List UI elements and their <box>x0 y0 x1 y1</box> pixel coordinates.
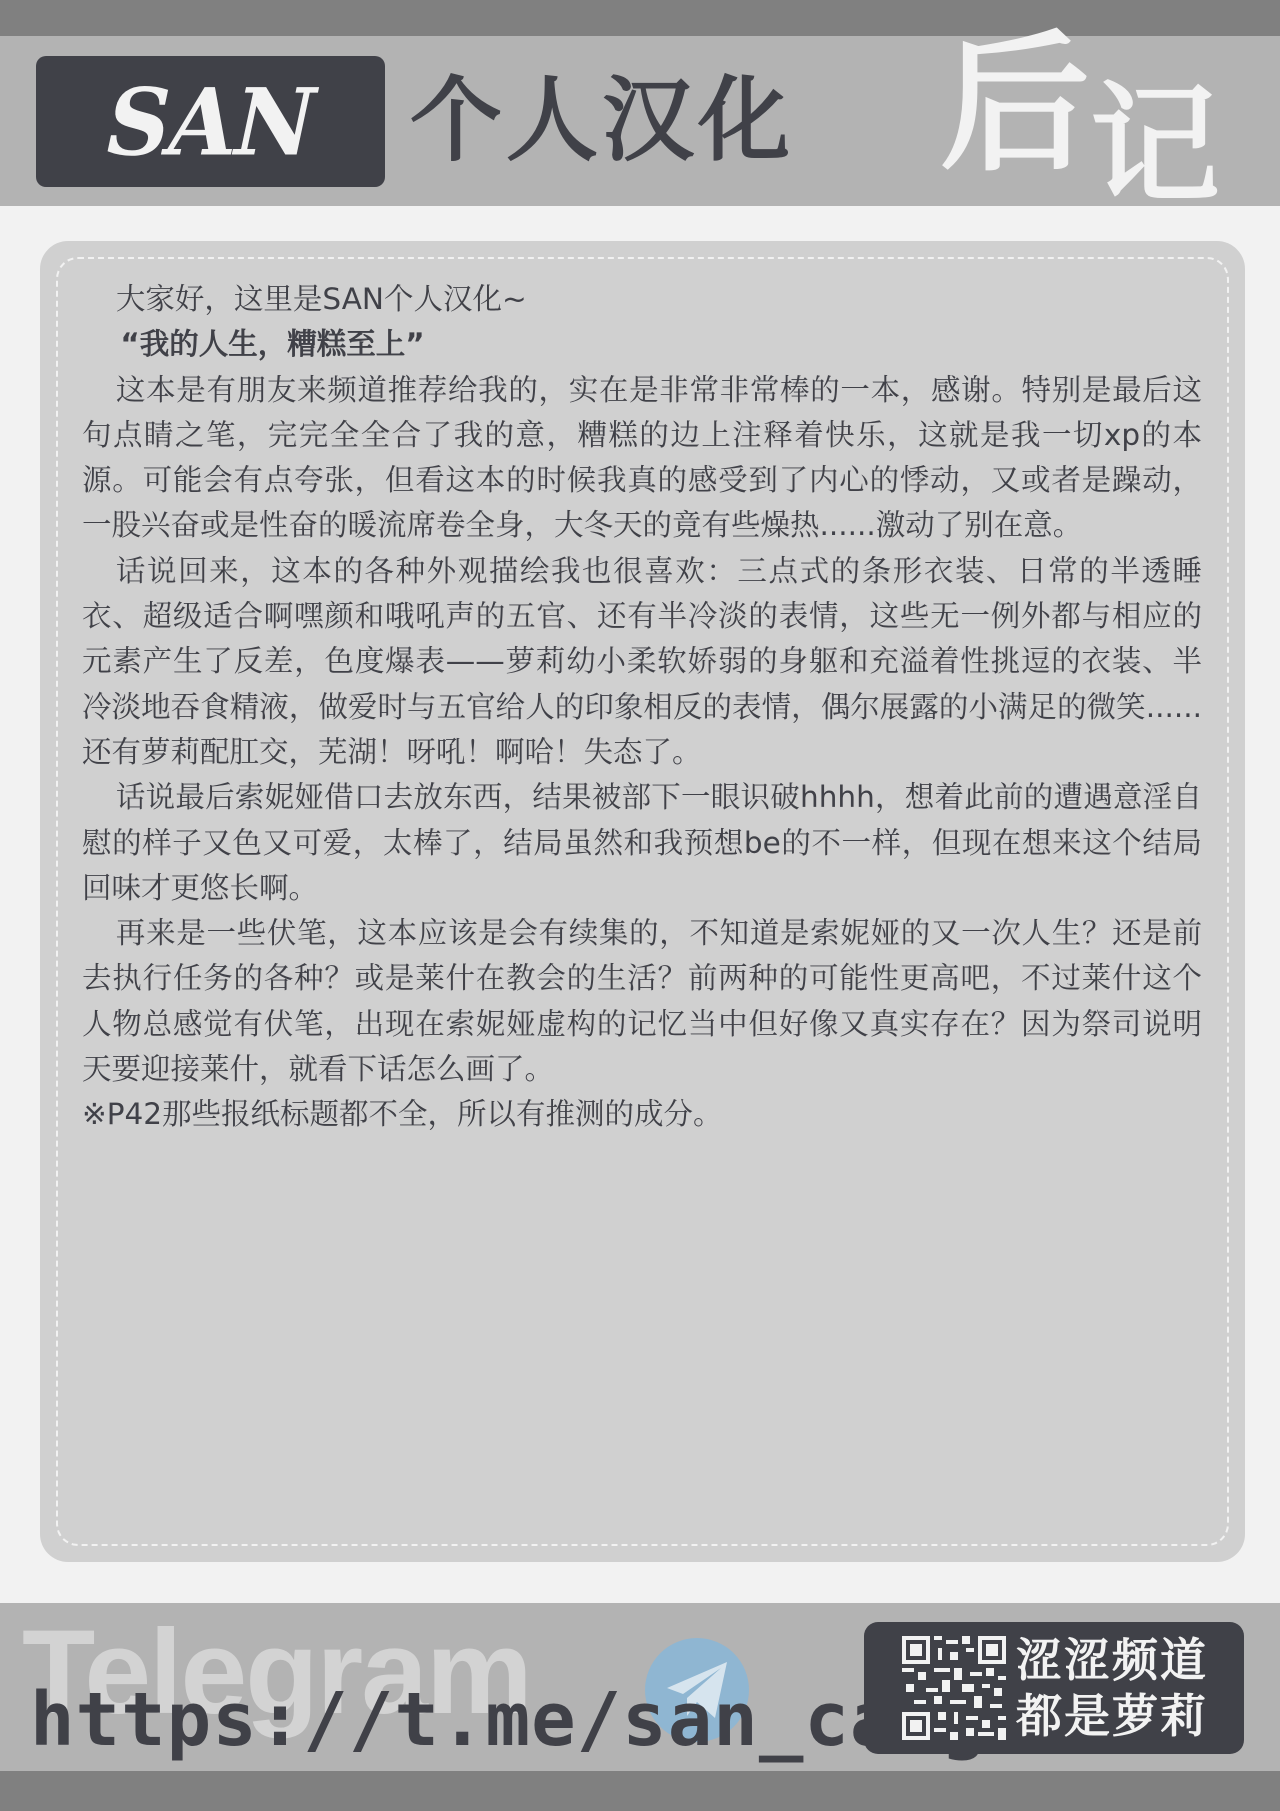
qr-code-icon[interactable] <box>902 1636 1006 1740</box>
page-title-char-1: 后 <box>940 30 1090 180</box>
body-paragraph: 这本是有朋友来频道推荐给我的，实在是非常非常棒的一本，感谢。特别是最后这句点睛之… <box>82 368 1202 549</box>
body-paragraph: 话说回来，这本的各种外观描绘我也很喜欢：三点式的条形衣装、日常的半透睡衣、超级适… <box>82 549 1202 775</box>
body-paragraph: 再来是一些伏笔，这本应该是会有续集的，不知道是索妮娅的又一次人生？还是前去执行任… <box>82 911 1202 1092</box>
san-logo: SAN <box>36 56 385 187</box>
page-title-char-2: 记 <box>1090 80 1220 210</box>
slogan-line-2: 都是萝莉 <box>1016 1688 1208 1744</box>
note-paragraph: ※P42那些报纸标题都不全，所以有推测的成分。 <box>82 1092 1202 1137</box>
greeting-paragraph: 大家好，这里是SAN个人汉化~ <box>82 277 1202 322</box>
afterword-text: 大家好，这里是SAN个人汉化~ “我的人生，糟糕至上” 这本是有朋友来频道推荐给… <box>82 277 1202 1138</box>
page-title: 后 记 <box>940 20 1240 210</box>
quote-paragraph: “我的人生，糟糕至上” <box>82 322 1202 367</box>
body-paragraph: 话说最后索妮娅借口去放东西，结果被部下一眼识破hhhh，想着此前的遭遇意淫自慰的… <box>82 775 1202 911</box>
channel-badge: 涩涩频道 都是萝莉 <box>864 1622 1244 1754</box>
channel-slogan: 涩涩频道 都是萝莉 <box>1016 1632 1208 1744</box>
slogan-line-1: 涩涩频道 <box>1016 1632 1208 1688</box>
logo-text: SAN <box>98 75 324 167</box>
bottom-strip <box>0 1771 1280 1811</box>
group-name: 个人汉化 <box>410 66 794 176</box>
